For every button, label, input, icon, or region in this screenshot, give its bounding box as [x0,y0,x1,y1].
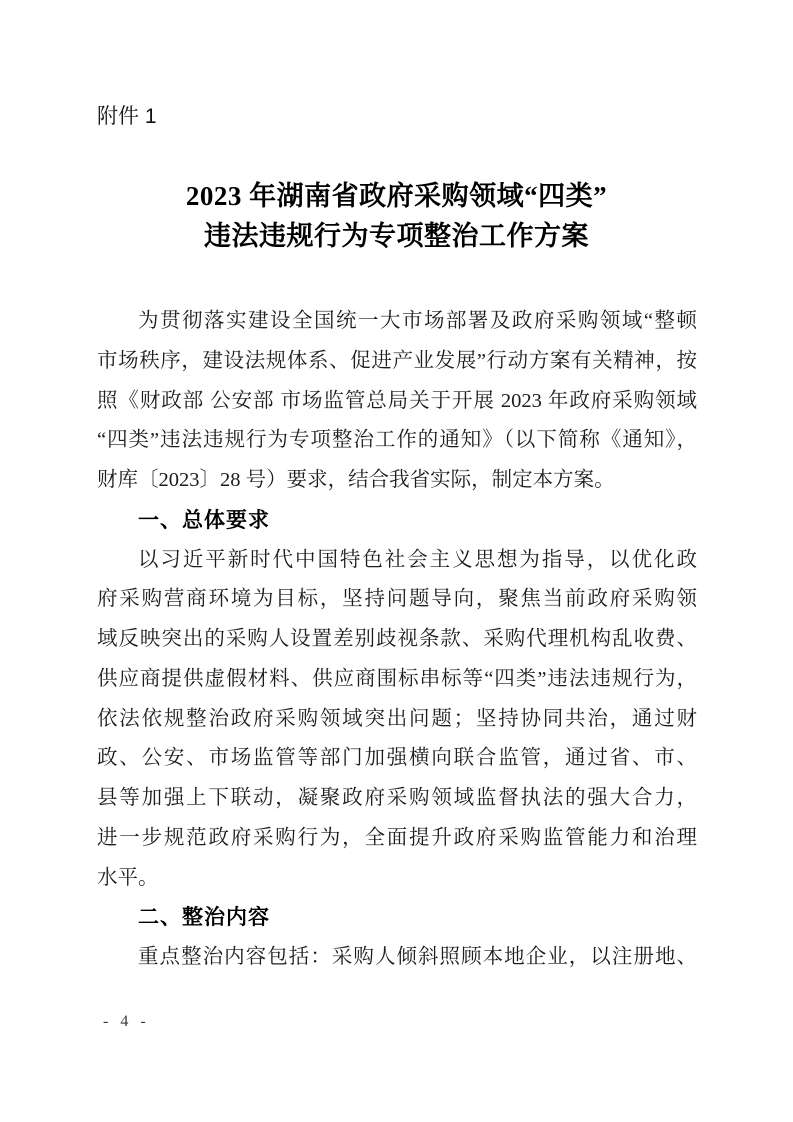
body-text-line: “四类”违法违规行为专项整治工作的通知》（以下简称《通知》， [97,421,697,461]
body-text-line: 以习近平新时代中国特色社会主义思想为指导，以优化政 [97,541,697,581]
body-text-line: 供应商提供虚假材料、供应商围标串标等“四类”违法违规行为， [97,660,697,700]
attachment-label: 附件 1 [97,103,157,131]
body-text-line: 域反映突出的采购人设置差别歧视条款、采购代理机构乱收费、 [97,620,697,660]
document-page: 附件 1 2023 年湖南省政府采购领域“四类” 违法违规行为专项整治工作方案 … [0,0,793,1122]
document-body: 为贯彻落实建设全国统一大市场部署及政府采购领域“整顿市场秩序，建设法规体系、促进… [97,302,697,978]
body-text-line: 市场秩序，建设法规体系、促进产业发展”行动方案有关精神，按 [97,342,697,382]
body-text-line: 府采购营商环境为目标，坚持问题导向，聚焦当前政府采购领 [97,580,697,620]
title-line-2: 违法违规行为专项整治工作方案 [0,216,793,256]
body-text-line: 水平。 [97,859,697,899]
body-text-line: 照《财政部 公安部 市场监管总局关于开展 2023 年政府采购领域 [97,382,697,422]
body-text-line: 依法依规整治政府采购领域突出问题；坚持协同共治，通过财 [97,700,697,740]
document-title: 2023 年湖南省政府采购领域“四类” 违法违规行为专项整治工作方案 [0,176,793,256]
body-text-line: 重点整治内容包括：采购人倾斜照顾本地企业，以注册地、 [97,938,697,978]
page-number: - 4 - [103,1010,150,1034]
body-text-line: 为贯彻落实建设全国统一大市场部署及政府采购领域“整顿 [97,302,697,342]
body-text-line: 县等加强上下联动，凝聚政府采购领域监督执法的强大合力， [97,779,697,819]
section-heading: 二、整治内容 [97,898,697,938]
body-text-line: 财库〔2023〕28 号）要求，结合我省实际，制定本方案。 [97,461,697,501]
body-text-line: 进一步规范政府采购行为，全面提升政府采购监管能力和治理 [97,819,697,859]
section-heading: 一、总体要求 [97,501,697,541]
title-line-1: 2023 年湖南省政府采购领域“四类” [0,176,793,216]
body-text-line: 政、公安、市场监管等部门加强横向联合监管，通过省、市、 [97,739,697,779]
